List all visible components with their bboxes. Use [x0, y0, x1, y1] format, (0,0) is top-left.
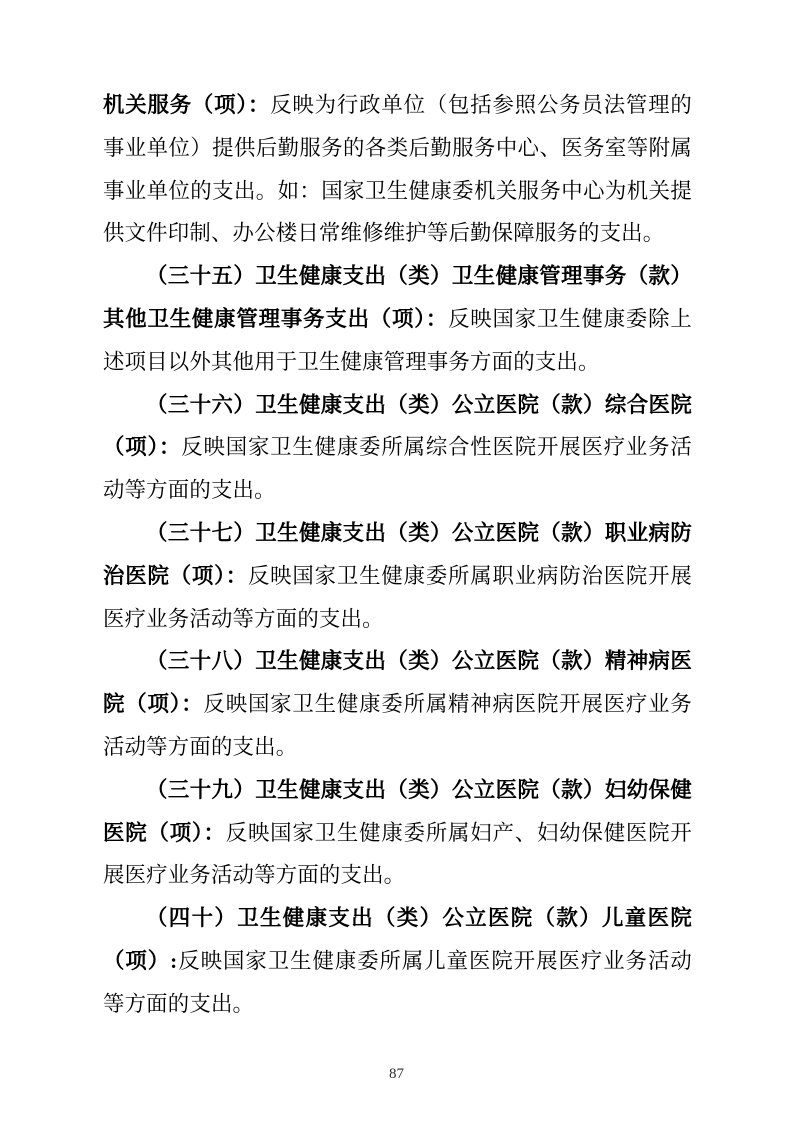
- paragraph-item-36: （三十六）卫生健康支出（类）公立医院（款）综合医院（项）：反映国家卫生健康委所属…: [103, 384, 692, 512]
- paragraph-body: 反映国家卫生健康委所属儿童医院开展医疗业务活动等方面的支出。: [103, 949, 692, 1016]
- paragraph-item-39: （三十九）卫生健康支出（类）公立医院（款）妇幼保健医院（项）：反映国家卫生健康委…: [103, 769, 692, 897]
- document-page: 机关服务（项）：反映为行政单位（包括参照公务员法管理的事业单位）提供后勤服务的各…: [0, 0, 793, 1122]
- page-number: 87: [0, 1064, 793, 1084]
- paragraph-item-40: （四十）卫生健康支出（类）公立医院（款）儿童医院（项）:反映国家卫生健康委所属儿…: [103, 897, 692, 1025]
- paragraph-item-37: （三十七）卫生健康支出（类）公立医院（款）职业病防治医院（项）：反映国家卫生健康…: [103, 512, 692, 640]
- paragraph-item-35: （三十五）卫生健康支出（类）卫生健康管理事务（款）其他卫生健康管理事务支出（项）…: [103, 255, 692, 383]
- document-body: 机关服务（项）：反映为行政单位（包括参照公务员法管理的事业单位）提供后勤服务的各…: [103, 84, 692, 1026]
- paragraph-item-38: （三十八）卫生健康支出（类）公立医院（款）精神病医院（项）：反映国家卫生健康委所…: [103, 640, 692, 768]
- paragraph-lead: 机关服务（项）：: [103, 93, 270, 117]
- paragraph-body: 反映国家卫生健康委所属综合性医院开展医疗业务活动等方面的支出。: [103, 435, 692, 502]
- paragraph-jiguan-fuwu: 机关服务（项）：反映为行政单位（包括参照公务员法管理的事业单位）提供后勤服务的各…: [103, 84, 692, 255]
